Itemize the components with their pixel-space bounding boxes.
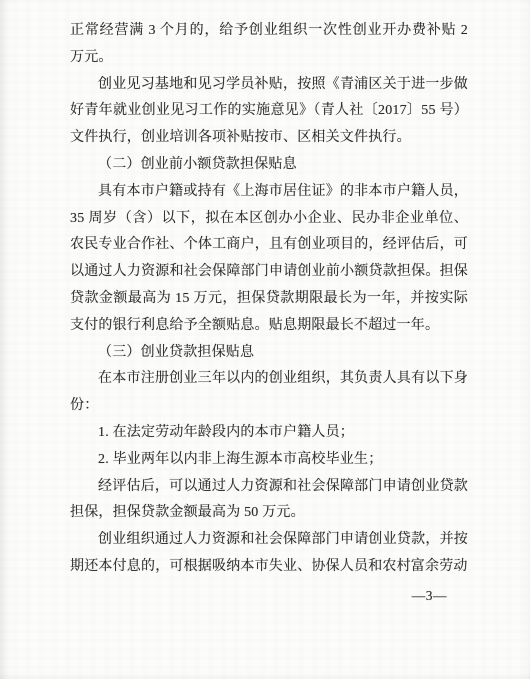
paragraph: 创业组织通过人力资源和社会保障部门申请创业贷款，并按期还本付息的，可根据吸纳本市… [70, 527, 468, 581]
paragraph: 具有本市户籍或持有《上海市居住证》的非本市户籍人员，35 周岁（含）以下，拟在本… [70, 179, 468, 340]
paragraph: 经评估后，可以通过人力资源和社会保障部门申请创业贷款担保，担保贷款金额最高为 5… [70, 474, 468, 528]
scanned-document-page: 正常经营满 3 个月的，给予创业组织一次性创业开办费补贴 2 万元。创业见习基地… [0, 0, 530, 679]
page-number: —3— [412, 586, 447, 606]
paragraph: 正常经营满 3 个月的，给予创业组织一次性创业开办费补贴 2 万元。 [70, 18, 468, 72]
list-item: 1. 在法定劳动年龄段内的本市户籍人员； [70, 420, 468, 447]
paragraph: 创业见习基地和见习学员补贴，按照《青浦区关于进一步做好青年就业创业见习工作的实施… [70, 72, 468, 152]
section-heading: （二）创业前小额贷款担保贴息 [70, 152, 468, 179]
paragraph: 在本市注册创业三年以内的创业组织，其负责人具有以下身份： [70, 366, 468, 420]
document-body: 正常经营满 3 个月的，给予创业组织一次性创业开办费补贴 2 万元。创业见习基地… [70, 18, 468, 581]
section-heading: （三）创业贷款担保贴息 [70, 340, 468, 367]
list-item: 2. 毕业两年以内非上海生源本市高校毕业生； [70, 447, 468, 474]
